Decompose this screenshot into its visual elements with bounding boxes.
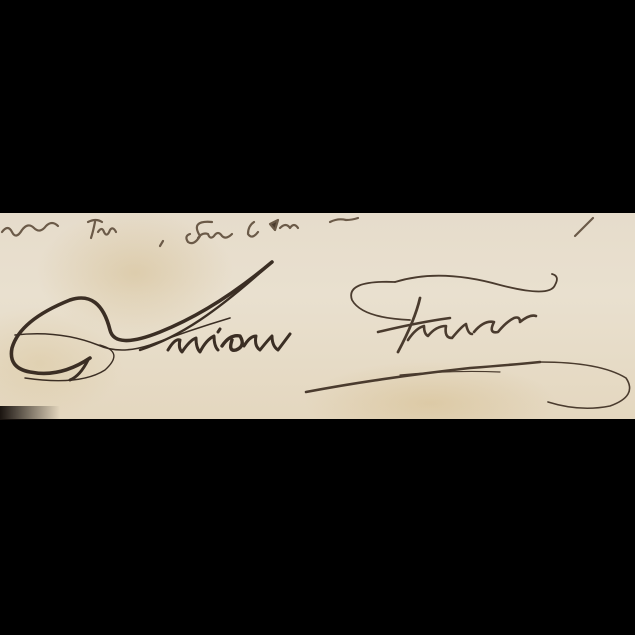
signature-fraser <box>306 274 630 408</box>
handwriting <box>0 0 635 635</box>
black-letterbox: Simon Fraser vo Sir, I am & all <box>0 0 635 635</box>
partial-text-line <box>2 218 593 246</box>
signature-simon <box>11 262 290 381</box>
